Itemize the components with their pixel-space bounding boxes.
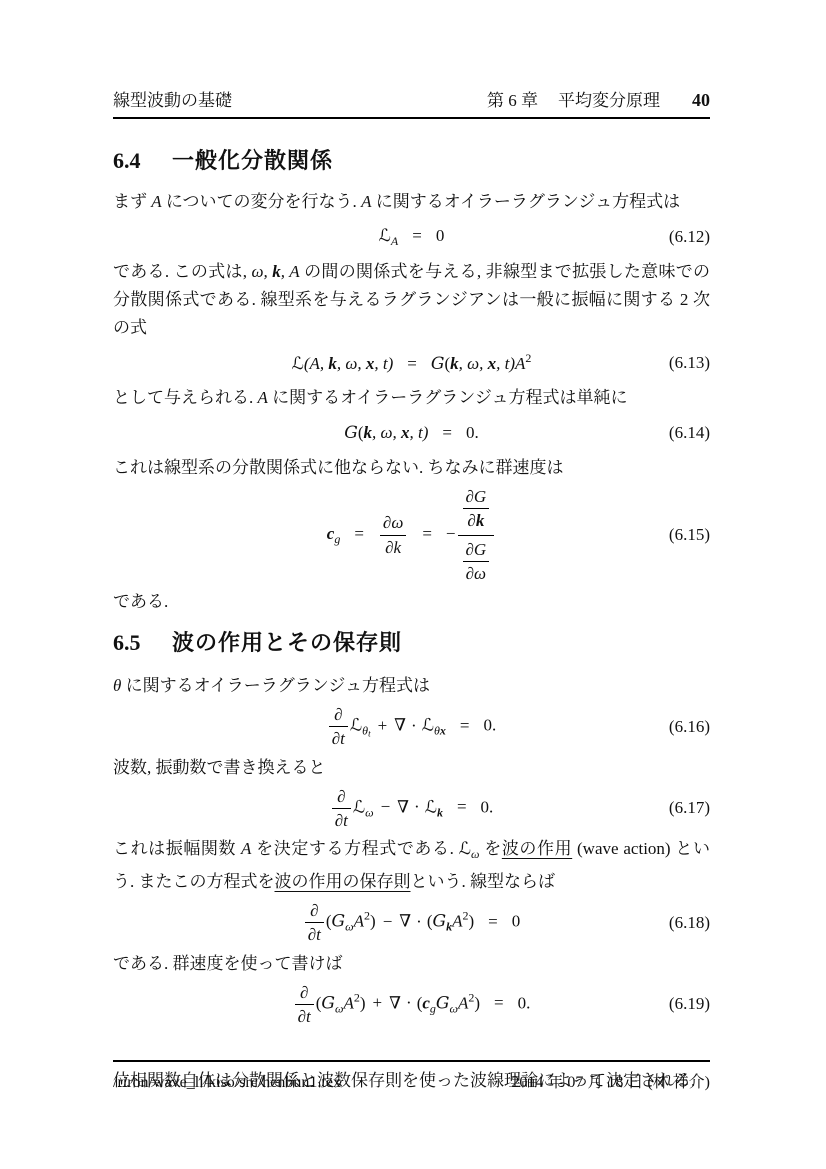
fraction-denominator: ∂k	[380, 535, 406, 558]
fraction-numerator: ∂	[305, 900, 324, 922]
math-var: A	[258, 388, 268, 407]
equation-body: ∂∂t(GωA2)−∇·(GkA2)=0	[303, 900, 521, 946]
equation-6-17: ∂∂tℒω−∇·ℒk=0. (6.17)	[113, 786, 710, 832]
dot-operator: ·	[416, 912, 422, 931]
section-number: 6.4	[113, 148, 141, 173]
math-var: A	[452, 912, 462, 931]
equation-6-19: ∂∂t(GωA2)+∇·(cgGωA2)=0. (6.19)	[113, 982, 710, 1028]
math-var: A	[458, 993, 468, 1012]
math-token: 0	[436, 226, 445, 245]
equation-number: (6.18)	[669, 912, 710, 934]
equation-6-16: ∂∂tℒθt+∇·ℒθx=0. (6.16)	[113, 704, 710, 750]
math-var: A	[361, 192, 371, 211]
document-page: 線型波動の基礎 第 6 章 平均変分原理 40 6.4 一般化分散関係 まず A…	[0, 0, 826, 1169]
script-G: G	[344, 423, 358, 443]
text-run: を決定する方程式である.	[251, 839, 458, 858]
minus-sign: −	[381, 797, 391, 816]
page-header: 線型波動の基礎 第 6 章 平均変分原理 40	[113, 86, 710, 119]
paragraph: これは振幅関数 A を決定する方程式である. ℒω を波の作用 (wave ac…	[113, 835, 710, 896]
fraction-numerator: ∂G	[463, 486, 490, 508]
equation-6-15: cg=∂ω∂k=−∂G∂k∂G∂ω (6.15)	[113, 486, 710, 584]
math-token: , t)	[496, 354, 515, 373]
math-token: ∂ω	[466, 564, 486, 583]
text-run: に関するオイラーラグランジュ方程式は	[121, 676, 430, 695]
script-G: G	[433, 912, 447, 932]
fraction-denominator: ∂k	[463, 508, 490, 531]
plus-sign: +	[373, 993, 383, 1012]
underlined-term: 波の作用	[502, 839, 572, 858]
nabla-symbol: ∇	[389, 993, 401, 1012]
nabla-symbol: ∇	[394, 716, 406, 735]
math-token: 0	[512, 912, 521, 931]
equals-sign: =	[488, 912, 498, 931]
subscript-bold: x	[440, 724, 446, 738]
text-run: である.	[113, 592, 168, 611]
subscript: g	[334, 532, 340, 546]
section-title: 一般化分散関係	[172, 148, 333, 173]
paren: )	[370, 912, 376, 931]
math-token: 0.	[518, 993, 531, 1012]
text-run: これは線型系の分散関係式に他ならない. ちなみに群速度は	[113, 458, 564, 477]
fraction: ∂∂t	[295, 982, 314, 1028]
math-var: A	[343, 993, 353, 1012]
script-L: ℒ	[459, 839, 471, 859]
script-L: ℒ	[422, 716, 434, 736]
paragraph: として与えられる. A に関するオイラーラグランジュ方程式は単純に	[113, 384, 710, 412]
nested-fraction: ∂G∂k∂G∂ω	[458, 486, 495, 584]
equation-number: (6.17)	[669, 797, 710, 819]
math-token: ∂G	[466, 487, 487, 506]
text-run: である. 群速度を使って書けば	[113, 954, 343, 973]
dot-operator: ·	[411, 716, 417, 735]
equation-body: ∂∂t(GωA2)+∇·(cgGωA2)=0.	[293, 982, 531, 1028]
text-run: として与えられる.	[113, 388, 258, 407]
math-var: A	[515, 354, 525, 373]
equals-sign: =	[407, 354, 417, 373]
equals-sign: =	[412, 226, 422, 245]
underlined-term: 波の作用の保存則	[275, 872, 411, 891]
section-heading-6-5: 6.5 波の作用とその保存則	[113, 628, 710, 658]
math-var: , A	[281, 262, 300, 281]
equation-body: cg=∂ω∂k=−∂G∂k∂G∂ω	[327, 486, 496, 584]
fraction: ∂G∂ω	[463, 539, 490, 585]
dot-operator: ·	[414, 797, 420, 816]
fraction-denominator: ∂t	[332, 808, 351, 831]
math-var-bold: k	[328, 354, 337, 373]
subscript: ω	[345, 920, 353, 934]
math-token: , t)	[374, 354, 393, 373]
chapter-label: 第 6 章	[487, 86, 538, 111]
text-run: を	[479, 839, 501, 858]
math-var-bold: k	[364, 423, 373, 442]
nabla-symbol: ∇	[399, 912, 411, 931]
equals-sign: =	[354, 524, 364, 543]
fraction-denominator: ∂t	[305, 922, 324, 945]
equation-body: ∂∂tℒω−∇·ℒk=0.	[330, 786, 494, 832]
paragraph: θ に関するオイラーラグランジュ方程式は	[113, 672, 710, 700]
text-run: これは振幅関数	[113, 839, 241, 858]
subscript: ω	[365, 805, 373, 819]
section-title: 波の作用とその保存則	[172, 630, 402, 655]
script-G: G	[436, 993, 450, 1013]
paragraph: 波数, 振動数で書き換えると	[113, 754, 710, 782]
fraction-numerator: ∂	[295, 982, 314, 1004]
script-L: ℒ	[292, 354, 304, 374]
script-L: ℒ	[350, 716, 362, 736]
dot-operator: ·	[406, 993, 412, 1012]
equation-number: (6.15)	[669, 524, 710, 546]
fraction: ∂∂t	[332, 786, 351, 832]
plus-sign: +	[378, 716, 388, 735]
equals-sign: =	[457, 797, 467, 816]
script-G: G	[431, 354, 445, 374]
equals-sign: =	[442, 423, 452, 442]
equation-body: ℒA=0	[379, 225, 445, 250]
paren: )	[468, 912, 474, 931]
subscript: ω	[450, 1001, 458, 1015]
fraction-denominator: ∂t	[329, 726, 348, 749]
text-run: に関するオイラーラグランジュ方程式は単純に	[268, 388, 628, 407]
fraction-denominator: ∂ω	[463, 561, 490, 584]
text-run: という. 線型ならば	[411, 872, 556, 891]
math-token: , ω,	[372, 423, 401, 442]
equation-number: (6.12)	[669, 226, 710, 248]
script-L: ℒ	[425, 797, 437, 817]
content-column: 6.4 一般化分散関係 まず A についての変分を行なう. A に関するオイラー…	[113, 142, 710, 1099]
math-token: 0.	[483, 716, 496, 735]
source-file-path: /riron/wave_li/kiso/src/henbun1.tex	[113, 1074, 341, 1092]
equation-body: ℒ(A, k, ω, x, t)=G(k, ω, x, t)A2	[292, 351, 532, 375]
sub-subscript: t	[368, 729, 371, 739]
footer-date: 2014 年 07 月 18 日 (林 祥介)	[511, 1069, 710, 1092]
equation-6-18: ∂∂t(GωA2)−∇·(GkA2)=0 (6.18)	[113, 900, 710, 946]
equals-sign: =	[494, 993, 504, 1012]
fraction-numerator: ∂ω	[380, 512, 406, 534]
math-var-bold: x	[488, 354, 497, 373]
equation-number: (6.14)	[669, 422, 710, 444]
fraction-numerator: ∂G∂k	[458, 486, 495, 535]
paren: )	[360, 993, 366, 1012]
text-run: に関するオイラーラグランジュ方程式は	[371, 192, 680, 211]
minus-sign: −	[446, 524, 456, 543]
math-var-bold: x	[401, 423, 410, 442]
math-token: , ω,	[337, 354, 366, 373]
equation-number: (6.19)	[669, 993, 710, 1015]
minus-sign: −	[383, 912, 393, 931]
math-token: 0.	[481, 797, 494, 816]
math-var: A	[151, 192, 161, 211]
fraction-denominator: ∂G∂ω	[458, 535, 495, 585]
math-token: , t)	[410, 423, 429, 442]
paragraph: である. 群速度を使って書けば	[113, 950, 710, 978]
paren: )	[474, 993, 480, 1012]
running-title: 線型波動の基礎	[113, 86, 232, 111]
math-var: A	[241, 839, 251, 858]
math-token: ∂G	[466, 540, 487, 559]
text-run: まず	[113, 192, 151, 211]
chapter-info: 第 6 章 平均変分原理 40	[487, 86, 710, 111]
page-number: 40	[692, 90, 710, 111]
math-var-bold: k	[450, 354, 459, 373]
math-var-bold: k	[476, 511, 485, 530]
fraction-numerator: ∂	[332, 786, 351, 808]
page-footer: /riron/wave_li/kiso/src/henbun1.tex 2014…	[113, 1060, 710, 1092]
fraction: ∂∂t	[329, 704, 348, 750]
equation-6-14: G(k, ω, x, t)=0. (6.14)	[113, 416, 710, 450]
text-run: である. この式は,	[113, 262, 251, 281]
equals-sign: =	[460, 716, 470, 735]
script-L: ℒ	[379, 226, 391, 246]
math-token: 0.	[466, 423, 479, 442]
fraction: ∂ω∂k	[380, 512, 406, 558]
subscript: A	[391, 234, 398, 248]
fraction: ∂∂t	[305, 900, 324, 946]
text-run: についての変分を行なう.	[162, 192, 361, 211]
math-var-bold: c	[422, 993, 430, 1012]
math-var-bold: k	[272, 262, 281, 281]
chapter-title: 平均変分原理	[558, 86, 660, 111]
text-run: 波数, 振動数で書き換えると	[113, 758, 326, 777]
fraction-denominator: ∂t	[295, 1004, 314, 1027]
equals-sign: =	[422, 524, 432, 543]
fraction-numerator: ∂	[329, 704, 348, 726]
math-token: ∂	[467, 511, 475, 530]
fraction: ∂G∂k	[463, 486, 490, 532]
script-L: ℒ	[353, 797, 365, 817]
section-number: 6.5	[113, 630, 141, 655]
equation-body: ∂∂tℒθt+∇·ℒθx=0.	[327, 704, 496, 750]
equation-number: (6.13)	[669, 352, 710, 374]
math-var: A	[354, 912, 364, 931]
equation-6-13: ℒ(A, k, ω, x, t)=G(k, ω, x, t)A2 (6.13)	[113, 346, 710, 380]
script-G: G	[332, 912, 346, 932]
paragraph: これは線型系の分散関係式に他ならない. ちなみに群速度は	[113, 454, 710, 482]
math-var: ω,	[251, 262, 272, 281]
nabla-symbol: ∇	[397, 797, 409, 816]
math-token: (A,	[304, 354, 329, 373]
subscript-bold: k	[437, 805, 443, 819]
equation-body: G(k, ω, x, t)=0.	[344, 422, 479, 444]
equation-6-12: ℒA=0 (6.12)	[113, 220, 710, 254]
math-token: , ω,	[459, 354, 488, 373]
equation-number: (6.16)	[669, 716, 710, 738]
superscript: 2	[525, 351, 531, 365]
section-heading-6-4: 6.4 一般化分散関係	[113, 146, 710, 176]
paragraph: まず A についての変分を行なう. A に関するオイラーラグランジュ方程式は	[113, 188, 710, 216]
paragraph: である.	[113, 588, 710, 616]
fraction-numerator: ∂G	[463, 539, 490, 561]
paragraph: である. この式は, ω, k, A の間の関係式を与える, 非線型まで拡張した…	[113, 258, 710, 342]
script-G: G	[321, 993, 335, 1013]
